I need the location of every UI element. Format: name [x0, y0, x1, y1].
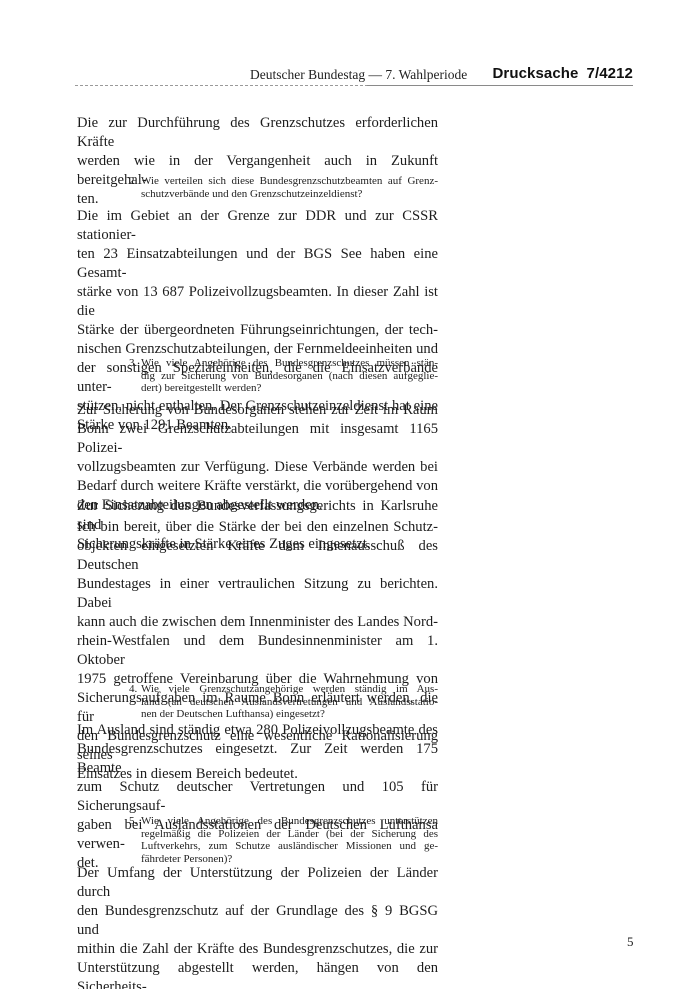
question-number: 5.	[129, 815, 137, 828]
question-5: 5. Wie viele Angehörige des Bundesgrenzs…	[129, 815, 438, 865]
text-line: dert) bereitgestellt werden?	[141, 382, 438, 395]
question-text: Wie viele Angehörige des Bundesgrenzschu…	[141, 357, 438, 395]
text-line: Wie viele Angehörige des Bundesgrenzschu…	[141, 815, 438, 828]
text-line: Luftverkehrs, zum Schutze ausländischer …	[141, 840, 438, 853]
text-line: rhein-Westfalen und dem Bundesinnenminis…	[77, 632, 438, 670]
question-text: Wie viele Grenzschutzangehörige werden s…	[141, 683, 438, 721]
question-4: 4. Wie viele Grenzschutzangehörige werde…	[129, 683, 438, 721]
text-line: schutzverbände und den Grenzschutzeinzel…	[141, 188, 438, 201]
text-line: Wie verteilen sich diese Bundesgrenzschu…	[141, 175, 438, 188]
text-line: Unterstützung abgestellt werden, hängen …	[77, 959, 438, 989]
header-title: Deutscher Bundestag — 7. Wahlperiode	[250, 67, 467, 83]
text-line: Bundestages in einer vertraulichen Sitzu…	[77, 575, 438, 613]
document-number: 7/4212	[587, 65, 633, 82]
question-text: Wie verteilen sich diese Bundesgrenzschu…	[141, 175, 438, 200]
text-line: den Bundesgrenzschutz auf der Grundlage …	[77, 902, 438, 940]
text-line: Der Umfang der Unterstützung der Polizei…	[77, 864, 438, 902]
question-text: Wie viele Angehörige des Bundesgrenzschu…	[141, 815, 438, 865]
question-3: 3. Wie viele Angehörige des Bundesgrenzs…	[129, 357, 438, 395]
text-line: mithin die Zahl der Kräfte des Bundesgre…	[77, 940, 438, 959]
header-rule	[367, 85, 633, 86]
text-line: regelmäßig die Polizeien der Länder (bei…	[141, 828, 438, 841]
text-line: vollzugsbeamten zur Verfügung. Diese Ver…	[77, 458, 438, 477]
question-number: 4.	[129, 683, 137, 696]
text-line: Bonn zwei Grenzschutzabteilungen mit ins…	[77, 420, 438, 458]
text-line: Zur Sicherung von Bundesorganen stehen z…	[77, 401, 438, 420]
document-label: Drucksache	[492, 65, 578, 82]
question-number: 3.	[129, 357, 137, 370]
text-line: Bedarf durch weitere Kräfte verstärkt, d…	[77, 477, 438, 496]
text-line: Ich bin bereit, über die Stärke der bei …	[77, 518, 438, 537]
text-line: Im Ausland sind ständig etwa 280 Polizei…	[77, 721, 438, 740]
page-number: 5	[627, 934, 634, 950]
text-line: zum Schutz deutscher Vertretungen und 10…	[77, 778, 438, 816]
text-line: Die im Gebiet an der Grenze zur DDR und …	[77, 207, 438, 245]
page-header: Deutscher Bundestag — 7. Wahlperiode Dru…	[77, 66, 633, 86]
text-line: kann auch die zwischen dem Innenminister…	[77, 613, 438, 632]
question-number: 2.	[129, 175, 137, 188]
text-line: stärke von 13 687 Polizeivollzugsbeamten…	[77, 283, 438, 321]
text-line: ten 23 Einsatzabteilungen und der BGS Se…	[77, 245, 438, 283]
answer-5: Der Umfang der Unterstützung der Polizei…	[77, 864, 438, 989]
text-line: Bundesgrenzschutzes eingesetzt. Zur Zeit…	[77, 740, 438, 778]
document-id: Drucksache7/4212	[492, 65, 633, 82]
text-line: Wie viele Grenzschutzangehörige werden s…	[141, 683, 438, 696]
question-2: 2. Wie verteilen sich diese Bundesgrenzs…	[129, 175, 438, 200]
text-line: Stärke der übergeordneten Führungseinric…	[77, 321, 438, 340]
text-line: Wie viele Angehörige des Bundesgrenzschu…	[141, 357, 438, 370]
text-line: land (an deutschen Auslandsvertretungen …	[141, 696, 438, 709]
text-line: dig zur Sicherung von Bundesorganen (nac…	[141, 370, 438, 383]
text-line: nen der Deutschen Lufthansa) eingesetzt?	[141, 708, 438, 721]
text-line: Die zur Durchführung des Grenzschutzes e…	[77, 114, 438, 152]
text-line: objekten eingesetzten Kräfte dem Innenau…	[77, 537, 438, 575]
